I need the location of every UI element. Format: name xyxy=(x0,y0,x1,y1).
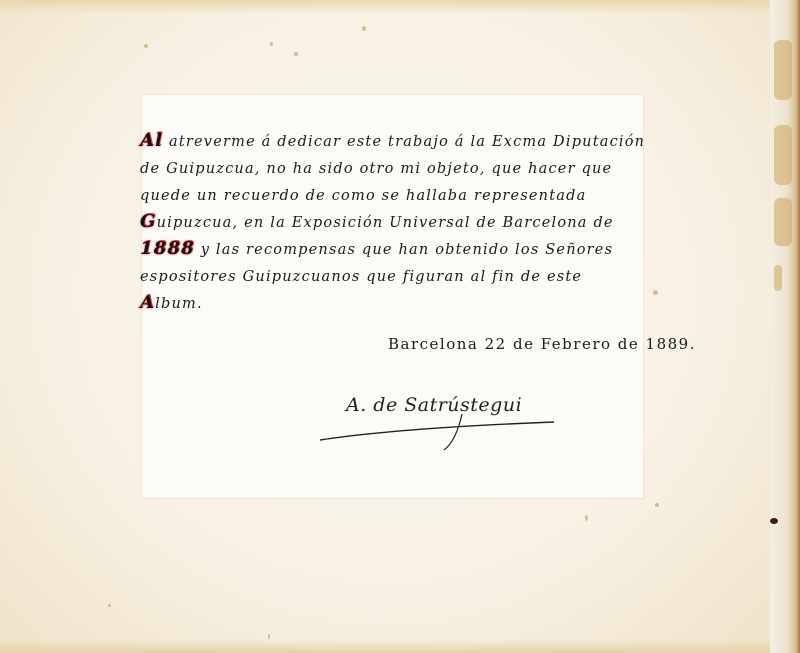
spine-stain xyxy=(774,198,792,246)
dedication-line: Album. xyxy=(140,290,660,317)
dedication-line: 1888 y las recompensas que han obtenido … xyxy=(140,236,660,263)
foxing-spot xyxy=(655,503,659,507)
foxing-spot xyxy=(585,515,588,521)
illuminated-initial: 1888 xyxy=(140,238,195,259)
dedication-line: de Guipuzcua, no ha sido otro mi objeto,… xyxy=(140,155,660,182)
signature-text: A. de Satrústegui xyxy=(346,394,522,416)
foxing-spot xyxy=(108,604,111,607)
spine-hole xyxy=(770,518,778,524)
page-edge-bottom xyxy=(0,639,770,653)
foxing-spot xyxy=(362,26,366,31)
illuminated-initial: A xyxy=(140,292,155,313)
foxing-spot xyxy=(270,42,273,46)
illuminated-initial: Al xyxy=(140,130,163,151)
foxing-spot xyxy=(294,52,298,56)
dedication-line: Al atreverme á dedicar este trabajo á la… xyxy=(140,128,660,155)
spine-stain xyxy=(774,265,782,291)
dedication-line: espositores Guipuzcuanos que figuran al … xyxy=(140,263,660,290)
album-page: Al atreverme á dedicar este trabajo á la… xyxy=(0,0,770,653)
spine-stain xyxy=(774,125,792,185)
illuminated-initial: G xyxy=(140,211,157,232)
dedication-line: quede un recuerdo de como se hallaba rep… xyxy=(140,182,660,209)
signature: A. de Satrústegui xyxy=(312,392,562,452)
spine-stain xyxy=(774,40,792,100)
foxing-spot xyxy=(144,44,148,48)
dedication-line: Guipuzcua, en la Exposición Universal de… xyxy=(140,209,660,236)
place-date: Barcelona 22 de Febrero de 1889. xyxy=(388,335,696,353)
dedication-text: Al atreverme á dedicar este trabajo á la… xyxy=(140,128,660,317)
foxing-spot xyxy=(268,634,270,639)
page-edge-top xyxy=(0,0,770,14)
